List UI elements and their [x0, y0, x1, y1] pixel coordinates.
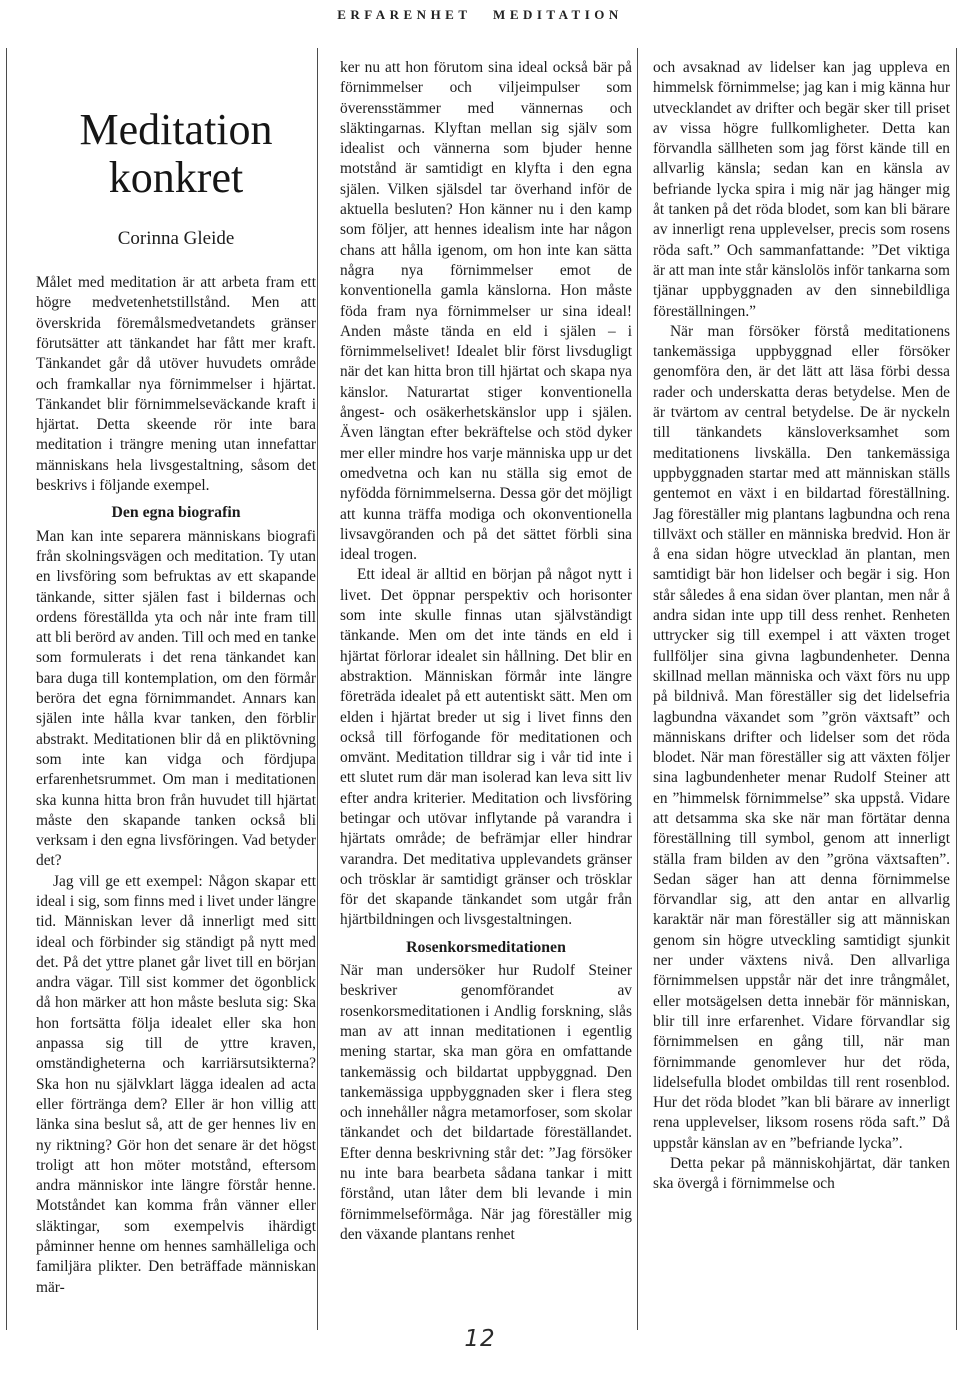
body-paragraph: och avsaknad av lidelser kan jag uppleva…	[653, 58, 950, 322]
body-paragraph: ker nu att hon förutom sina ideal också …	[340, 58, 632, 565]
article-author: Corinna Gleide	[36, 229, 316, 249]
article-title-line-1: Meditation	[79, 105, 272, 154]
section-heading: Rosenkorsmeditationen	[340, 938, 632, 958]
magazine-page: ERFARENHET MEDITATION Meditation konkret…	[0, 0, 960, 1377]
article-title: Meditation konkret	[36, 106, 316, 203]
body-paragraph: Man kan inte separera människans biograf…	[36, 527, 316, 872]
text-column-2: ker nu att hon förutom sina ideal också …	[340, 58, 632, 1245]
page-border-right-rule	[956, 48, 957, 1330]
section-heading: Den egna biografin	[36, 503, 316, 523]
page-border-left-rule	[6, 48, 7, 1330]
column-2-body: ker nu att hon förutom sina ideal också …	[340, 58, 632, 1245]
column-divider-rule-1	[317, 48, 318, 1330]
running-head: ERFARENHET MEDITATION	[0, 7, 960, 23]
article-title-line-2: konkret	[109, 153, 243, 202]
text-column-3: och avsaknad av lidelser kan jag uppleva…	[653, 58, 950, 1195]
column-3-body: och avsaknad av lidelser kan jag uppleva…	[653, 58, 950, 1195]
body-paragraph: När man försöker förstå meditationens ta…	[653, 322, 950, 1154]
body-paragraph: Jag vill ge ett exempel: Någon skapar et…	[36, 872, 316, 1298]
text-column-1: Meditation konkret Corinna Gleide Målet …	[36, 58, 316, 1298]
body-paragraph: När man undersöker hur Rudolf Steiner be…	[340, 961, 632, 1245]
body-paragraph: Målet med meditation är att arbeta fram …	[36, 273, 316, 496]
body-paragraph: Ett ideal är alltid en början på något n…	[340, 565, 632, 930]
body-paragraph: Detta pekar på människohjärtat, där tank…	[653, 1154, 950, 1195]
column-divider-rule-2	[637, 48, 638, 1330]
page-number: 12	[0, 1326, 960, 1352]
column-1-body: Målet med meditation är att arbeta fram …	[36, 273, 316, 1298]
